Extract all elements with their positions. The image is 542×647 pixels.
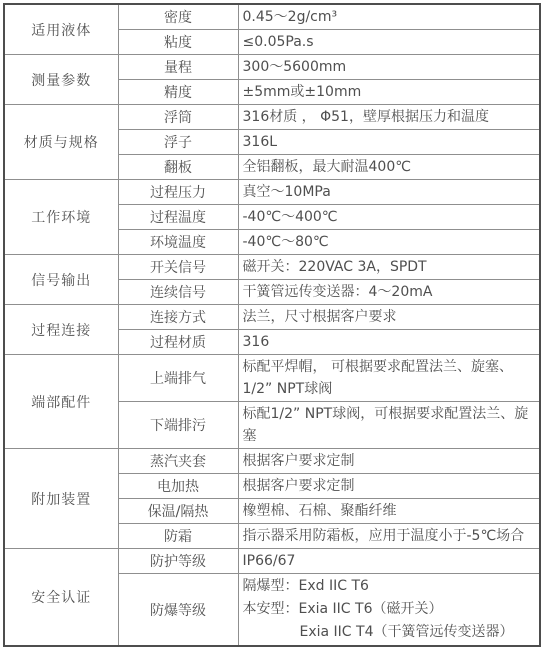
table-row: 附加装置 蒸汽夹套 根据客户要求定制	[4, 449, 540, 474]
value-cell: 根据客户要求定制	[238, 474, 540, 499]
category-cell: 安全认证	[4, 549, 118, 581]
spec-table: 适用液体 密度 0.45～2g/cm³ 粘度 ≤0.05Pa.s 测量参数 量程…	[3, 3, 541, 580]
param-cell: 连接方式	[118, 305, 238, 330]
param-cell: 翻板	[118, 155, 238, 180]
table-row: 信号输出 开关信号 磁开关：220VAC 3A，SPDT	[4, 255, 540, 280]
param-cell: 开关信号	[118, 255, 238, 280]
table-row: 适用液体 密度 0.45～2g/cm³	[4, 4, 540, 30]
param-cell: 防护等级	[118, 549, 238, 574]
param-cell: 过程压力	[118, 180, 238, 205]
value-cell: 指示器采用防霜板，应用于温度小于-5℃场合	[238, 524, 540, 549]
value-cell: 橡塑棉、石棉、聚酯纤维	[238, 499, 540, 524]
value-cell: 标配1/2” NPT球阀，可根据要求配置法兰、旋塞	[238, 402, 540, 449]
value-cell: -40℃～80℃	[238, 230, 540, 255]
param-cell: 浮子	[118, 130, 238, 155]
param-cell: 防爆等级	[118, 574, 238, 581]
value-cell: 磁开关：220VAC 3A，SPDT	[238, 255, 540, 280]
value-line: 隔爆型：Exd IIC T6	[243, 575, 536, 580]
value-cell: ±5mm或±10mm	[238, 80, 540, 105]
value-cell: 全铝翻板，最大耐温400℃	[238, 155, 540, 180]
table-row: 工作环境 过程压力 真空～10MPa	[4, 180, 540, 205]
param-cell: 上端排气	[118, 355, 238, 402]
value-cell: 干簧管远传变送器：4～20mA	[238, 280, 540, 305]
table-row: 安全认证 防护等级 IP66/67	[4, 549, 540, 574]
param-cell: 过程材质	[118, 330, 238, 355]
param-cell: 密度	[118, 4, 238, 30]
table-row: 过程连接 连接方式 法兰，尺寸根据客户要求	[4, 305, 540, 330]
value-cell: 真空～10MPa	[238, 180, 540, 205]
category-cell: 端部配件	[4, 355, 118, 449]
value-cell: 隔爆型：Exd IIC T6 本安型：Exia IIC T6（磁开关） Exia…	[238, 574, 540, 581]
value-cell: 标配平焊帽， 可根据要求配置法兰、旋塞、1/2” NPT球阀	[238, 355, 540, 402]
table-row: 测量参数 量程 300～5600mm	[4, 55, 540, 80]
value-cell: -40℃～400℃	[238, 205, 540, 230]
param-cell: 下端排污	[118, 402, 238, 449]
param-cell: 浮筒	[118, 105, 238, 130]
table-row: 材质与规格 浮筒 316材质 ， Φ51，壁厚根据压力和温度	[4, 105, 540, 130]
category-cell: 过程连接	[4, 305, 118, 355]
category-cell: 测量参数	[4, 55, 118, 105]
param-cell: 环境温度	[118, 230, 238, 255]
param-cell: 粘度	[118, 30, 238, 55]
param-cell: 电加热	[118, 474, 238, 499]
value-cell: 316L	[238, 130, 540, 155]
param-cell: 保温/隔热	[118, 499, 238, 524]
param-cell: 量程	[118, 55, 238, 80]
value-cell: 法兰，尺寸根据客户要求	[238, 305, 540, 330]
param-cell: 连续信号	[118, 280, 238, 305]
param-cell: 蒸汽夹套	[118, 449, 238, 474]
value-cell: 316	[238, 330, 540, 355]
param-cell: 防霜	[118, 524, 238, 549]
table-row: 端部配件 上端排气 标配平焊帽， 可根据要求配置法兰、旋塞、1/2” NPT球阀	[4, 355, 540, 402]
value-cell: IP66/67	[238, 549, 540, 574]
value-cell: 300～5600mm	[238, 55, 540, 80]
category-cell: 信号输出	[4, 255, 118, 305]
category-cell: 适用液体	[4, 4, 118, 55]
param-cell: 精度	[118, 80, 238, 105]
param-cell: 过程温度	[118, 205, 238, 230]
category-cell: 工作环境	[4, 180, 118, 255]
value-cell: 316材质 ， Φ51，壁厚根据压力和温度	[238, 105, 540, 130]
category-cell: 附加装置	[4, 449, 118, 549]
value-cell: ≤0.05Pa.s	[238, 30, 540, 55]
value-cell: 0.45～2g/cm³	[238, 4, 540, 30]
value-cell: 根据客户要求定制	[238, 449, 540, 474]
category-cell: 材质与规格	[4, 105, 118, 180]
